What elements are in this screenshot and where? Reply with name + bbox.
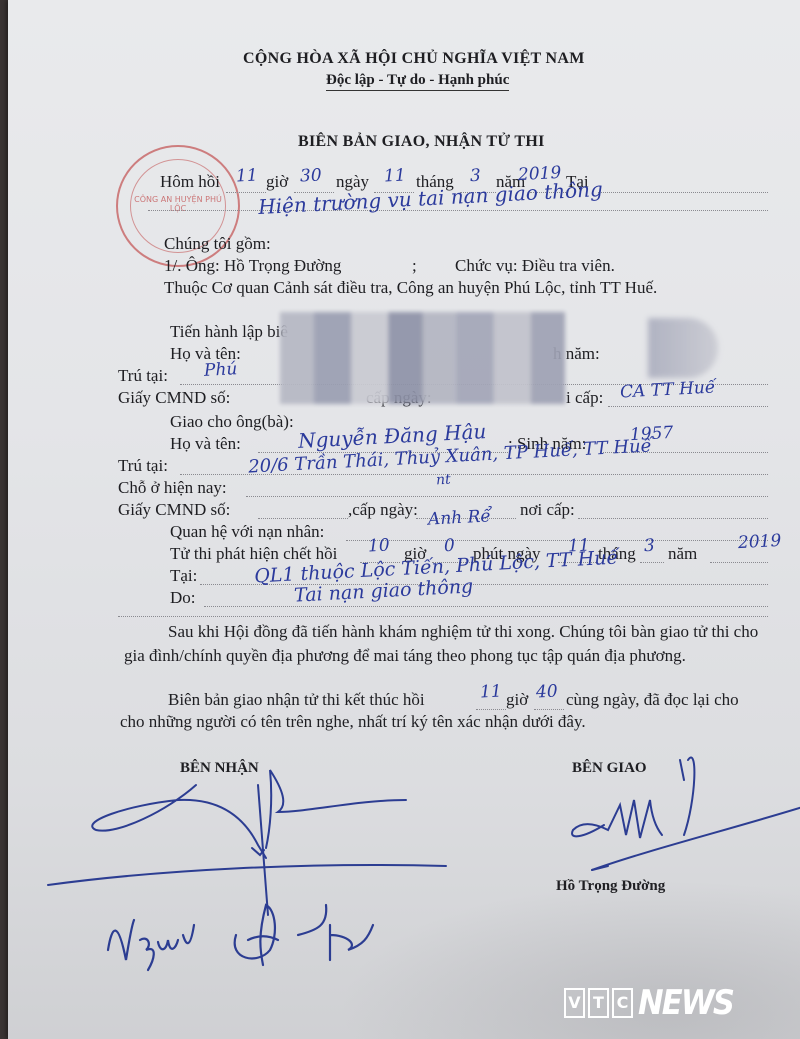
vtc-news-watermark: V T C NEWS [564,983,744,1023]
watermark-letter-c: C [612,988,633,1018]
watermark-news: NEWS [638,983,733,1023]
watermark-letter-t: T [588,988,609,1018]
watermark-letter-v: V [564,988,585,1018]
giver-name: Hồ Trọng Đường [556,878,665,895]
document-page: CỘNG HÒA XÃ HỘI CHỦ NGHĨA VIỆT NAM Độc l… [8,0,800,1039]
receiver-signature [8,0,800,1039]
